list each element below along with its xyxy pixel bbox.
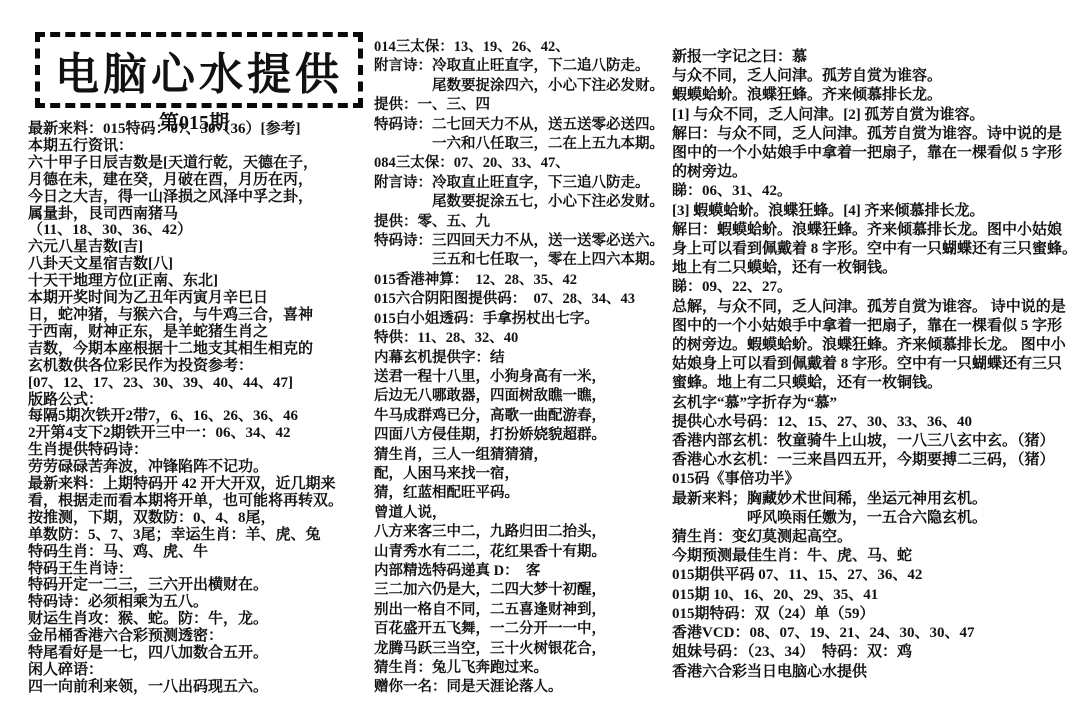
text-line: 解曰：与众不同，乏人问津。孤芳自赏为谁容。诗中说的是 (672, 125, 1078, 144)
text-line: 一六和八任取三，二在上五九本期。 (374, 135, 674, 154)
text-line: 四面八方侵佳期，打扮娇娆貌超群。 (374, 426, 674, 445)
text-line: 附言诗：冷取直止旺直字，下二追八防走。 (374, 57, 674, 76)
text-line: 百花盛开五飞舞，一二分开一一中， (374, 620, 674, 639)
text-line: 015码《事倍功半》 (672, 470, 1078, 489)
text-line: 单数防：5、7、3尾；幸运生肖：羊、虎、兔 (28, 527, 376, 544)
text-line: 015期供平码 07、11、15、27、36、42 (672, 566, 1078, 585)
text-line: 呼风唤雨任嫐为，一五合六隐玄机。 (672, 509, 1078, 528)
text-line: 送君一程十八里，小狗身高有一米， (374, 368, 674, 387)
text-line: 龙腾马跃三当空，三十火树银花合， (374, 640, 674, 659)
text-line: 的树旁边。蝦蟆蛤蚧。浪蝶狂蜂。齐来倾慕排长龙。 图中小 (672, 336, 1078, 355)
text-line: 姑娘身上可以看到佩戴着 8 字形。空中有一只蝴蝶还有三只 (672, 355, 1078, 374)
text-line: 猜生肖：兔儿飞奔跑过来。 (374, 659, 674, 678)
text-line: 特码诗：三四回天力不从，送一送零必送六。 (374, 232, 674, 251)
text-line: 玄机字“慕”字折存为“慕” (672, 394, 1078, 413)
text-line: 金吊桶香港六合彩预测透密： (28, 628, 376, 645)
text-line: 香港VCD：08、07、19、21、24、30、30、47 (672, 624, 1078, 643)
text-line: 日，蛇冲猪，与猴六合，与牛鸡三合，喜神 (28, 307, 376, 324)
text-line: 财运生肖攻：猴、蛇。防：牛，龙。 (28, 611, 376, 628)
text-line: 总解，与众不同，乏人问津。孤芳自赏为谁容。 诗中说的是 (672, 298, 1078, 317)
text-line: 属量卦，艮司西南猪马 (28, 206, 376, 223)
text-line: 猜生肖：变幻莫测起高空。 (672, 528, 1078, 547)
text-line: （11、18、30、36、42） (28, 222, 376, 239)
text-line: 本期五行资讯： (28, 138, 376, 155)
text-line: 姐妹号码：（23、34） 特码：双：鸡 (672, 643, 1078, 662)
text-line: 提供：一、三、四 (374, 96, 674, 115)
page-title: 电脑心水提供 (55, 38, 343, 102)
text-line: 六十甲子日辰吉数是[天道行乾，天德在子， (28, 155, 376, 172)
text-line: 三五和七任取一，零在上四六本期。 (374, 251, 674, 270)
text-line: 015白小姐透码：手拿拐杖出七字。 (374, 310, 674, 329)
text-line: 月德在未，建在癸，月破在酉，月历在丙， (28, 172, 376, 189)
text-line: 香港心水玄机：一三来昌四五开，今期要搏二三码，（猪） (672, 451, 1078, 470)
text-line: 牛马成群鸡已分，高歌一曲配游春， (374, 407, 674, 426)
text-line: 2开第4支下2期铁开三中一：06、34、42 (28, 425, 376, 442)
text-line: 图中的一个小姑娘手中拿着一把扇子，靠在一棵看似 5 字形 (672, 144, 1078, 163)
text-line: 生肖提供特码诗： (28, 442, 376, 459)
text-line: 后边无八哪敢器，四面树敌瞧一瞧， (374, 387, 674, 406)
text-line: 与众不同，乏人问津。孤芳自赏为谁容。 (672, 67, 1078, 86)
text-line: 015六合阴阳图提供码： 07、28、34、43 (374, 290, 674, 309)
text-line: 十天干地理方位[正南、东北] (28, 273, 376, 290)
text-line: 最新来料；胸藏妙术世间稀，坐运元神用玄机。 (672, 490, 1078, 509)
text-line: 特码王生肖诗： (28, 561, 376, 578)
text-line: 睇：06、31、42。 (672, 182, 1078, 201)
text-line: 特码诗：必须相乘为五八。 (28, 594, 376, 611)
text-line: 提供：零、五、九 (374, 213, 674, 232)
text-line: 山青秀水有二二，花红果香十有期。 (374, 543, 674, 562)
text-line: 的树旁边。 (672, 163, 1078, 182)
text-line: 特码诗：二七回天力不从，送五送零必送四。 (374, 116, 674, 135)
text-line: [3] 蝦蟆蛤蚧。浪蝶狂蜂。[4] 齐来倾慕排长龙。 (672, 202, 1078, 221)
text-line: 四一向前利来领，一八出码现五六。 (28, 679, 376, 696)
text-line: 猜，红蓝相配旺平码。 (374, 484, 674, 503)
text-line: 014三太保：13、19、26、42、 (374, 38, 674, 57)
title-box: 电脑心水提供 (35, 32, 363, 108)
text-line: 附言诗：冷取直止旺直字，下三追八防走。 (374, 174, 674, 193)
text-line: 最新来料：015特码：07、30（36）[参考] (28, 121, 376, 138)
text-line: 新报一字记之曰：慕 (672, 48, 1078, 67)
text-line: 地上有二只蟆蛤，还有一枚铜钱。 (672, 259, 1078, 278)
text-line: 每隔5期次铁开2带7，6、16、26、36、46 (28, 408, 376, 425)
middle-column: 014三太保：13、19、26、42、附言诗：冷取直止旺直字，下二追八防走。 尾… (374, 38, 674, 698)
text-line: 赠你一名：同是天涯论落人。 (374, 678, 674, 697)
text-line: 尾数要捉涂五七，小心下注必发财。 (374, 193, 674, 212)
text-line: 香港内部玄机：牧童骑牛上山坡，一八三八玄中玄。（猪） (672, 432, 1078, 451)
text-line: [07、12、17、23、30、39、40、44、47] (28, 375, 376, 392)
text-line: 084三太保：07、20、33、47、 (374, 154, 674, 173)
text-line: [1] 与众不同，乏人问津。[2] 孤芳自赏为谁容。 (672, 106, 1078, 125)
text-line: 闲人碎语： (28, 662, 376, 679)
text-line: 劳劳碌碌苦奔波，冲锋陷阵不记功。 (28, 459, 376, 476)
text-line: 本期开奖时间为乙丑年丙寅月辛巳日 (28, 290, 376, 307)
text-line: 身上可以看到佩戴着 8 字形。空中有一只蝴蝶还有三只蜜蜂。 (672, 240, 1078, 259)
text-line: 八方来客三中二，九路归田二抬头， (374, 523, 674, 542)
text-line: 特码生肖：马、鸡、虎、牛 (28, 544, 376, 561)
text-line: 曾道人说， (374, 504, 674, 523)
text-line: 尾数要捉涂四六，小心下注必发财。 (374, 77, 674, 96)
text-line: 015期特码：双（24）单（59） (672, 605, 1078, 624)
text-line: 015香港神算： 12、28、35、42 (374, 271, 674, 290)
text-line: 吉数，今期本座根据十二地支其相生相克的 (28, 341, 376, 358)
text-line: 今日之大吉，得一山泽损之风泽中孚之卦， (28, 189, 376, 206)
text-line: 解曰：蝦蟆蛤蚧。浪蝶狂蜂。齐来倾慕排长龙。图中小姑娘 (672, 221, 1078, 240)
text-line: 别出一格自不同，二五喜逢财神到， (374, 601, 674, 620)
text-line: 按推测，下期，双数防：0、4、8尾， (28, 510, 376, 527)
text-line: 特码开定一二三，三六开出横财在。 (28, 577, 376, 594)
text-line: 015期 10、16、20、29、35、41 (672, 586, 1078, 605)
text-line: 最新来料：上期特码开 42 开大开双，近几期来 (28, 476, 376, 493)
left-column: 最新来料：015特码：07、30（36）[参考]本期五行资讯：六十甲子日辰吉数是… (28, 121, 376, 696)
text-line: 内部精选特码递真 D： 客 (374, 562, 674, 581)
text-line: 三二加六仍是大，二四大梦十初醒， (374, 581, 674, 600)
text-line: 香港六合彩当日电脑心水提供 (672, 663, 1078, 682)
text-line: 玄机数供各位彩民作为投资参考： (28, 358, 376, 375)
text-line: 六元八星吉数[吉] (28, 239, 376, 256)
text-line: 猜生肖，三人一组猜猜猜， (374, 446, 674, 465)
text-line: 今期预测最佳生肖：牛、虎、马、蛇 (672, 547, 1078, 566)
text-line: 特尾看好是一七，四八加数合五开。 (28, 645, 376, 662)
text-line: 配，人困马来找一宿， (374, 465, 674, 484)
text-line: 图中的一个小姑娘手中拿着一把扇子，靠在一棵看似 5 字形 (672, 317, 1078, 336)
text-line: 蝦蟆蛤蚧。浪蝶狂蜂。齐来倾慕排长龙。 (672, 86, 1078, 105)
text-line: 八卦天文星宿吉数[八] (28, 256, 376, 273)
text-line: 看，根据走而看本期将开单，也可能将再转双。 (28, 493, 376, 510)
text-line: 版路公式： (28, 392, 376, 409)
text-line: 提供心水号码：12、15、27、30、33、36、40 (672, 413, 1078, 432)
text-line: 睇：09、22、27。 (672, 278, 1078, 297)
text-line: 内幕玄机提供字：结 (374, 349, 674, 368)
text-line: 特供：11、28、32、40 (374, 329, 674, 348)
right-column: 新报一字记之曰：慕与众不同，乏人问津。孤芳自赏为谁容。蝦蟆蛤蚧。浪蝶狂蜂。齐来倾… (672, 48, 1078, 682)
text-line: 蜜蜂。地上有二只蟆蛤，还有一枚铜钱。 (672, 374, 1078, 393)
text-line: 于西南，财神正东，是羊蛇猪生肖之 (28, 324, 376, 341)
